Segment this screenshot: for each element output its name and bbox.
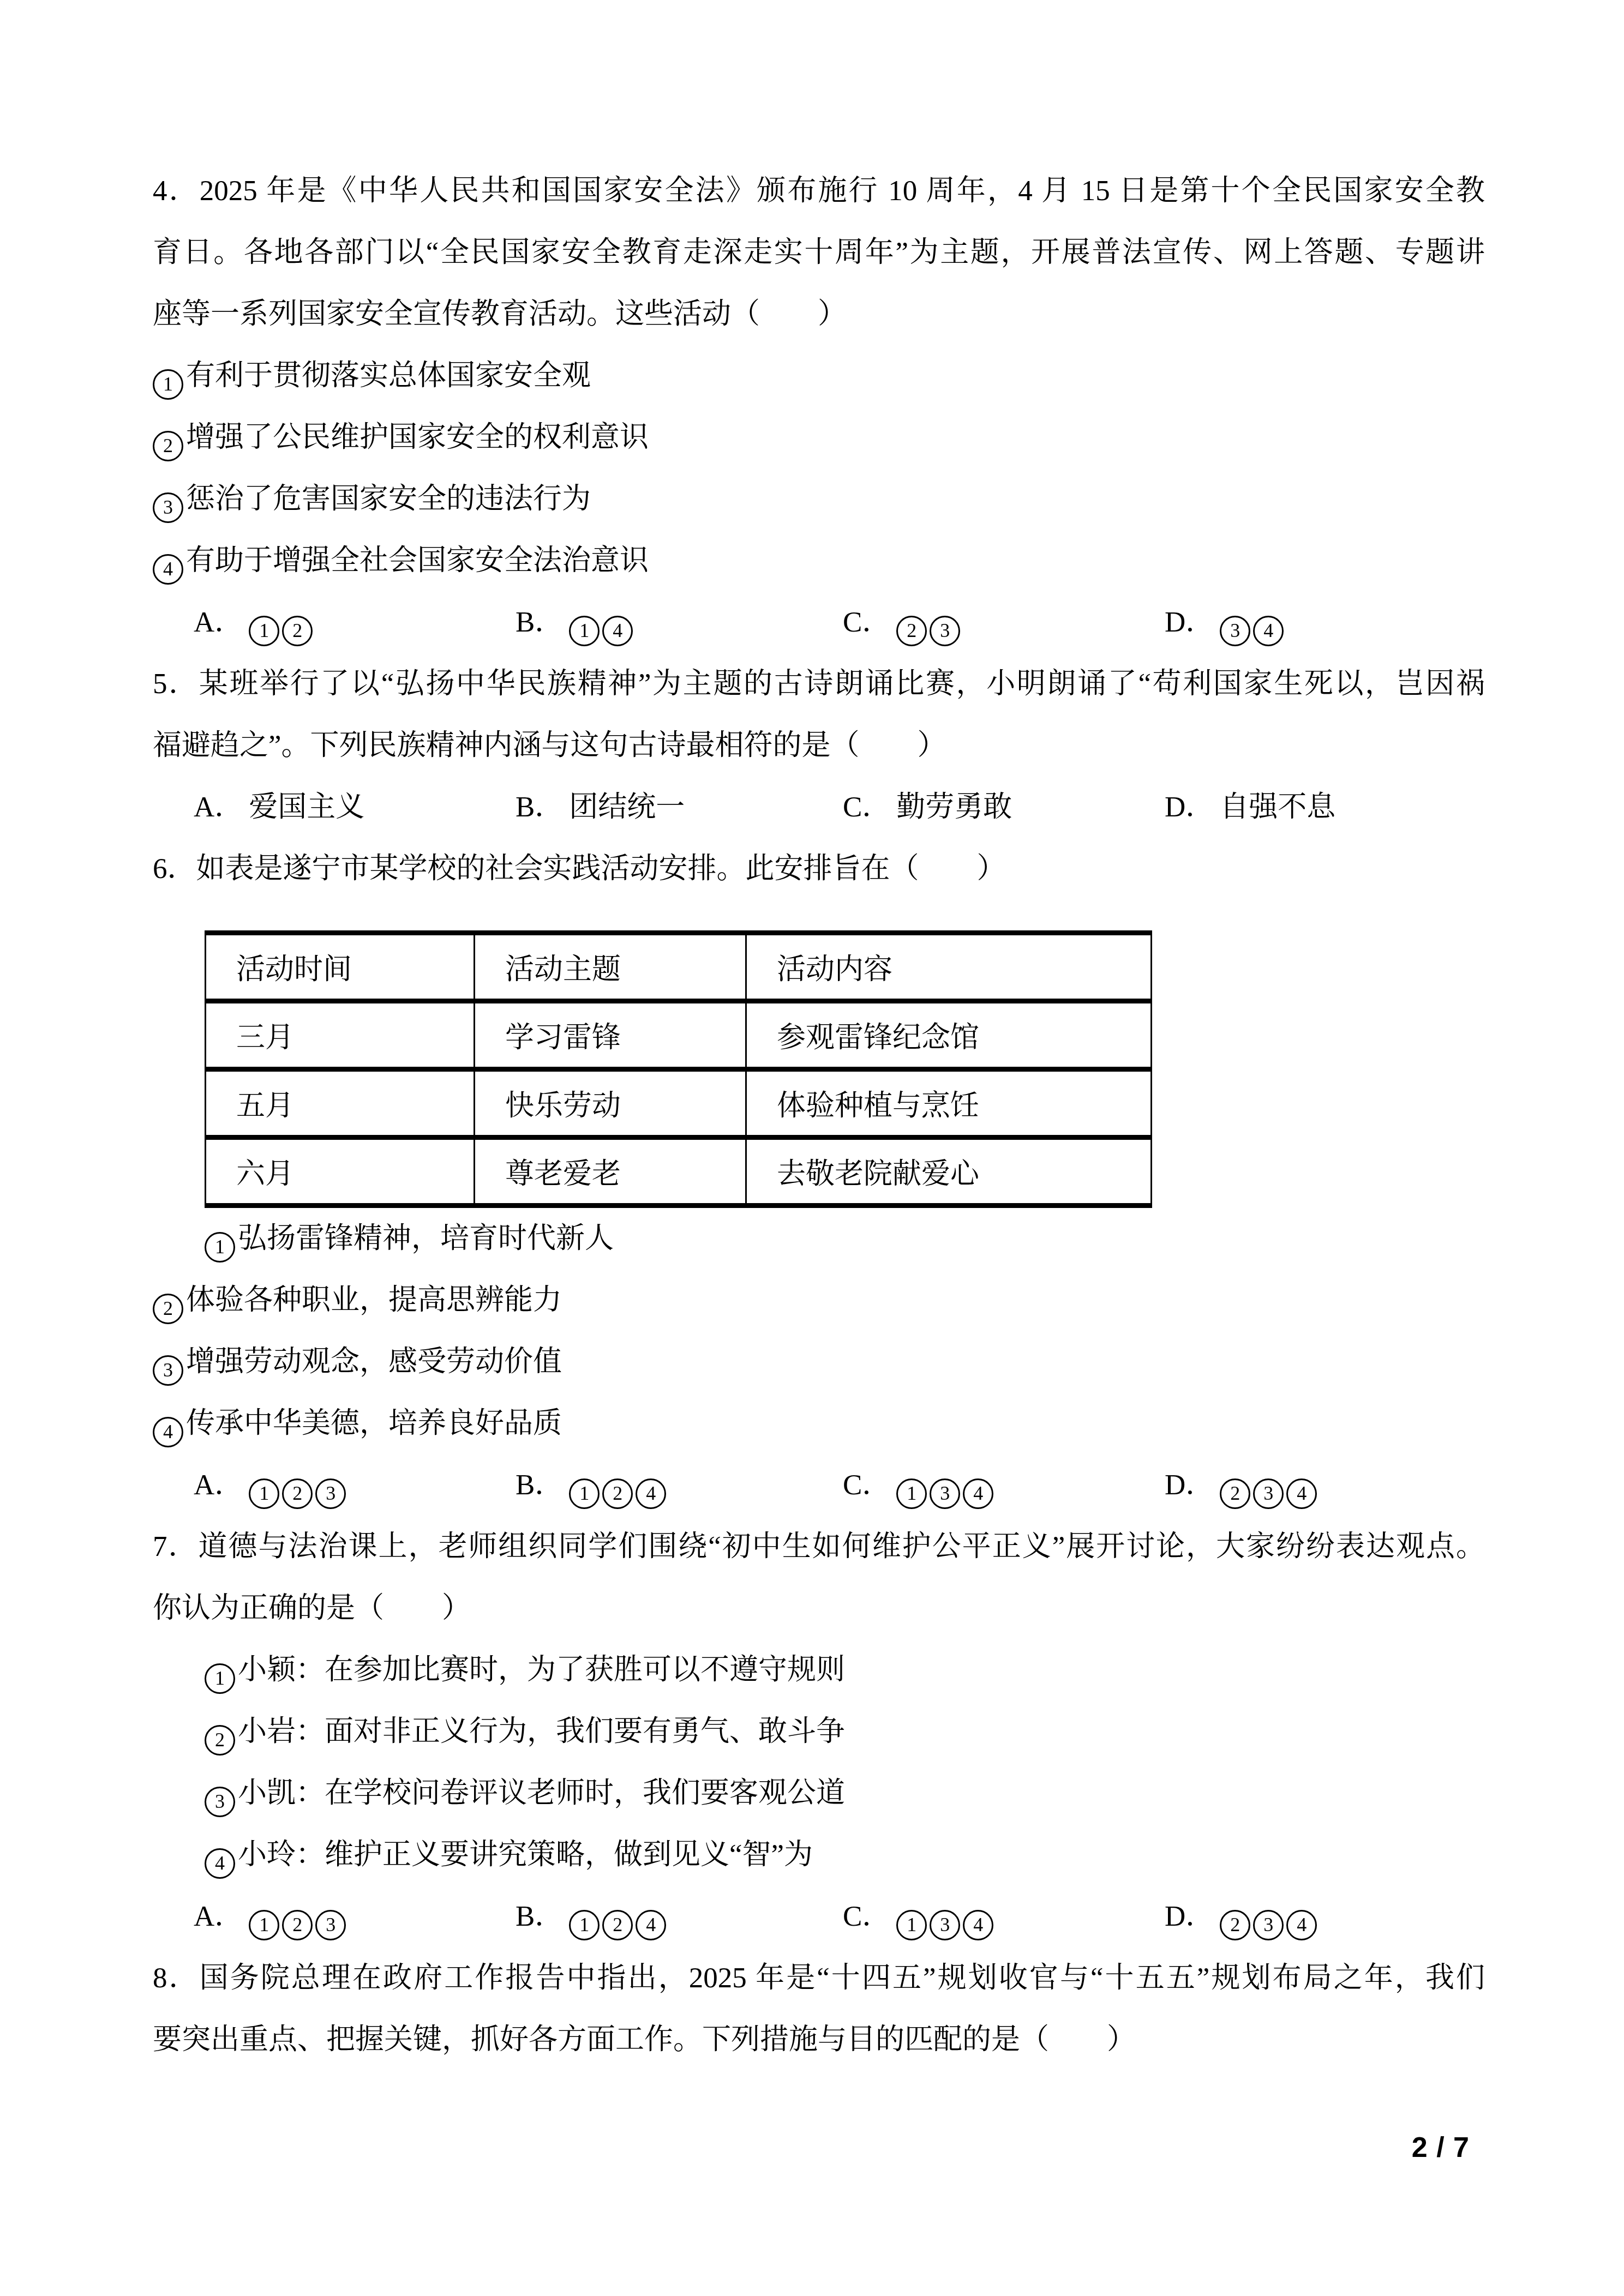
q4-line-2: 育日。各地各部门以“全民国家安全教育走深走实十周年”为主题，开展普法宣传、网上答… xyxy=(153,222,1485,284)
table-cell: 六月 xyxy=(206,1138,475,1206)
table-header-cell: 活动主题 xyxy=(475,933,746,1001)
q4-option-a: A．12 xyxy=(194,592,315,653)
table-header-row: 活动时间 活动主题 活动内容 xyxy=(206,933,1152,1001)
q7-line-2: 你认为正确的是（ ） xyxy=(153,1578,1485,1639)
table-row: 五月 快乐劳动 体验种植与烹饪 xyxy=(206,1069,1152,1138)
circled-number-icon: 4 xyxy=(963,1910,993,1940)
option-label: C． xyxy=(843,1469,891,1501)
q4-item-1: 1有利于贯彻落实总体国家安全观 xyxy=(153,345,1485,407)
circled-number-icon: 3 xyxy=(1253,1910,1284,1940)
option-label: B． xyxy=(516,1469,564,1501)
q6-item-2-text: 体验各种职业，提高思辨能力 xyxy=(186,1284,562,1316)
circled-number-icon: 2 xyxy=(1220,1478,1250,1509)
option-label: B． xyxy=(516,1901,564,1932)
circled-number-icon: 1 xyxy=(249,616,279,646)
table-cell: 三月 xyxy=(206,1001,475,1069)
option-label: A． xyxy=(194,1901,243,1932)
q6-activity-table: 活动时间 活动主题 活动内容 三月 学习雷锋 参观雷锋纪念馆 五月 快乐劳动 体… xyxy=(205,930,1152,1208)
table-row: 三月 学习雷锋 参观雷锋纪念馆 xyxy=(206,1001,1152,1069)
option-label: B． xyxy=(516,606,564,638)
q4-item-3-text: 惩治了危害国家安全的违法行为 xyxy=(186,483,591,515)
option-label: B． xyxy=(516,791,564,823)
table-header-cell: 活动时间 xyxy=(206,933,475,1001)
option-label: C． xyxy=(843,606,891,638)
q4-option-d: D．34 xyxy=(1165,592,1286,653)
option-text: 自强不息 xyxy=(1220,791,1335,823)
page-number: 2 / 7 xyxy=(1412,2131,1470,2164)
circled-number-icon: 1 xyxy=(153,369,183,400)
q4-item-4: 4有助于增强全社会国家安全法治意识 xyxy=(153,530,1485,592)
circled-number-icon: 1 xyxy=(569,1910,600,1940)
circled-number-icon: 2 xyxy=(1220,1910,1250,1940)
q7-item-3: 3小凯：在学校问卷评议老师时，我们要客观公道 xyxy=(153,1763,1485,1824)
circled-number-icon: 2 xyxy=(602,1910,633,1940)
q6-line-1: 6．如表是遂宁市某学校的社会实践活动安排。此安排旨在（ ） xyxy=(153,838,1485,900)
table-cell: 尊老爱老 xyxy=(475,1138,746,1206)
q4-line-1: 4．2025 年是《中华人民共和国国家安全法》颁布施行 10 周年，4 月 15… xyxy=(153,160,1485,222)
circled-number-icon: 1 xyxy=(569,616,600,646)
circled-number-icon: 4 xyxy=(1286,1910,1317,1940)
q6-option-a: A．123 xyxy=(194,1454,349,1516)
table-cell: 参观雷锋纪念馆 xyxy=(746,1001,1152,1069)
q4-options-row: A．12 B．14 C．23 D．34 xyxy=(153,592,1485,653)
q4-option-c: C．23 xyxy=(843,592,963,653)
table-cell: 去敬老院献爱心 xyxy=(746,1138,1152,1206)
circled-number-icon: 3 xyxy=(205,1787,235,1817)
circled-number-icon: 1 xyxy=(896,1478,927,1509)
option-text: 团结统一 xyxy=(569,791,685,823)
circled-number-icon: 3 xyxy=(315,1478,346,1509)
option-label: D． xyxy=(1165,606,1214,638)
q5-line-1: 5．某班举行了以“弘扬中华民族精神”为主题的古诗朗诵比赛，小明朗诵了“苟利国家生… xyxy=(153,653,1485,715)
circled-number-icon: 4 xyxy=(1286,1478,1317,1509)
circled-number-icon: 2 xyxy=(282,616,313,646)
circled-number-icon: 4 xyxy=(205,1848,235,1879)
q4-item-3: 3惩治了危害国家安全的违法行为 xyxy=(153,468,1485,530)
q7-item-3-text: 小凯：在学校问卷评议老师时，我们要客观公道 xyxy=(238,1777,845,1809)
q4-item-2-text: 增强了公民维护国家安全的权利意识 xyxy=(186,422,649,453)
circled-number-icon: 1 xyxy=(249,1478,279,1509)
q5-option-c: C．勤劳勇敢 xyxy=(843,777,1012,838)
q7-option-d: D．234 xyxy=(1165,1886,1320,1948)
circled-number-icon: 1 xyxy=(249,1910,279,1940)
q7-line-1: 7．道德与法治课上，老师组织同学们围绕“初中生如何维护公平正义”展开讨论，大家纷… xyxy=(153,1516,1485,1578)
q6-item-3: 3增强劳动观念，感受劳动价值 xyxy=(153,1331,1485,1393)
circled-number-icon: 3 xyxy=(153,492,183,523)
q6-item-4-text: 传承中华美德，培养良好品质 xyxy=(186,1408,562,1439)
circled-number-icon: 4 xyxy=(636,1478,666,1509)
circled-number-icon: 3 xyxy=(930,1478,960,1509)
table-cell: 体验种植与烹饪 xyxy=(746,1069,1152,1138)
q5-option-a: A．爱国主义 xyxy=(194,777,364,838)
q5-line-2: 福避趋之”。下列民族精神内涵与这句古诗最相符的是（ ） xyxy=(153,715,1485,777)
q5-option-d: D．自强不息 xyxy=(1165,777,1335,838)
circled-number-icon: 3 xyxy=(315,1910,346,1940)
q4-option-b: B．14 xyxy=(516,592,636,653)
circled-number-icon: 3 xyxy=(930,1910,960,1940)
circled-number-icon: 4 xyxy=(602,616,633,646)
q7-item-4: 4小玲：维护正义要讲究策略，做到见义“智”为 xyxy=(153,1824,1485,1886)
circled-number-icon: 2 xyxy=(205,1725,235,1756)
circled-number-icon: 1 xyxy=(896,1910,927,1940)
q7-option-a: A．123 xyxy=(194,1886,349,1948)
q7-item-2-text: 小岩：面对非正义行为，我们要有勇气、敢斗争 xyxy=(238,1716,845,1747)
q4-item-1-text: 有利于贯彻落实总体国家安全观 xyxy=(186,360,591,392)
option-text: 爱国主义 xyxy=(249,791,364,823)
q5-options-row: A．爱国主义 B．团结统一 C．勤劳勇敢 D．自强不息 xyxy=(153,777,1485,838)
table-row: 六月 尊老爱老 去敬老院献爱心 xyxy=(206,1138,1152,1206)
option-label: D． xyxy=(1165,791,1214,823)
circled-number-icon: 1 xyxy=(205,1232,235,1263)
table-header-cell: 活动内容 xyxy=(746,933,1152,1001)
option-label: C． xyxy=(843,1901,891,1932)
option-text: 勤劳勇敢 xyxy=(896,791,1012,823)
circled-number-icon: 3 xyxy=(153,1355,183,1386)
option-label: C． xyxy=(843,791,891,823)
table-cell: 学习雷锋 xyxy=(475,1001,746,1069)
q4-item-4-text: 有助于增强全社会国家安全法治意识 xyxy=(186,545,649,576)
q6-option-b: B．124 xyxy=(516,1454,669,1516)
circled-number-icon: 3 xyxy=(930,616,960,646)
table-cell: 快乐劳动 xyxy=(475,1069,746,1138)
q6-item-1-text: 弘扬雷锋精神，培育时代新人 xyxy=(238,1223,614,1254)
circled-number-icon: 4 xyxy=(636,1910,666,1940)
q7-options-row: A．123 B．124 C．134 D．234 xyxy=(153,1886,1485,1948)
option-label: D． xyxy=(1165,1469,1214,1501)
exam-document-page: 4．2025 年是《中华人民共和国国家安全法》颁布施行 10 周年，4 月 15… xyxy=(0,0,1624,2296)
q6-item-3-text: 增强劳动观念，感受劳动价值 xyxy=(186,1346,562,1378)
circled-number-icon: 4 xyxy=(963,1478,993,1509)
q6-options-row: A．123 B．124 C．134 D．234 xyxy=(153,1454,1485,1516)
circled-number-icon: 2 xyxy=(896,616,927,646)
exam-content: 4．2025 年是《中华人民共和国国家安全法》颁布施行 10 周年，4 月 15… xyxy=(153,160,1485,2071)
circled-number-icon: 3 xyxy=(1253,1478,1284,1509)
circled-number-icon: 1 xyxy=(205,1663,235,1694)
q7-item-2: 2小岩：面对非正义行为，我们要有勇气、敢斗争 xyxy=(153,1701,1485,1763)
q7-item-4-text: 小玲：维护正义要讲究策略，做到见义“智”为 xyxy=(238,1839,813,1871)
q6-item-2: 2体验各种职业，提高思辨能力 xyxy=(153,1270,1485,1331)
option-label: A． xyxy=(194,1469,243,1501)
q4-item-2: 2增强了公民维护国家安全的权利意识 xyxy=(153,407,1485,468)
circled-number-icon: 2 xyxy=(282,1910,313,1940)
q7-item-1-text: 小颖：在参加比赛时，为了获胜可以不遵守规则 xyxy=(238,1654,845,1686)
circled-number-icon: 2 xyxy=(282,1478,313,1509)
circled-number-icon: 2 xyxy=(153,1294,183,1324)
circled-number-icon: 4 xyxy=(1253,616,1284,646)
circled-number-icon: 4 xyxy=(153,554,183,585)
circled-number-icon: 4 xyxy=(153,1417,183,1447)
circled-number-icon: 2 xyxy=(153,431,183,461)
q8-line-1: 8．国务院总理在政府工作报告中指出，2025 年是“十四五”规划收官与“十五五”… xyxy=(153,1948,1485,2009)
table-cell: 五月 xyxy=(206,1069,475,1138)
q6-option-c: C．134 xyxy=(843,1454,996,1516)
q6-option-d: D．234 xyxy=(1165,1454,1320,1516)
q7-item-1: 1小颖：在参加比赛时，为了获胜可以不遵守规则 xyxy=(153,1639,1485,1701)
q7-option-b: B．124 xyxy=(516,1886,669,1948)
q5-option-b: B．团结统一 xyxy=(516,777,685,838)
q6-item-4: 4传承中华美德，培养良好品质 xyxy=(153,1393,1485,1454)
circled-number-icon: 3 xyxy=(1220,616,1250,646)
option-label: A． xyxy=(194,606,243,638)
q6-item-1: 1弘扬雷锋精神，培育时代新人 xyxy=(153,1208,1485,1270)
q7-option-c: C．134 xyxy=(843,1886,996,1948)
q4-line-3: 座等一系列国家安全宣传教育活动。这些活动（ ） xyxy=(153,284,1485,345)
circled-number-icon: 2 xyxy=(602,1478,633,1509)
option-label: D． xyxy=(1165,1901,1214,1932)
q8-line-2: 要突出重点、把握关键，抓好各方面工作。下列措施与目的匹配的是（ ） xyxy=(153,2009,1485,2071)
option-label: A． xyxy=(194,791,243,823)
circled-number-icon: 1 xyxy=(569,1478,600,1509)
